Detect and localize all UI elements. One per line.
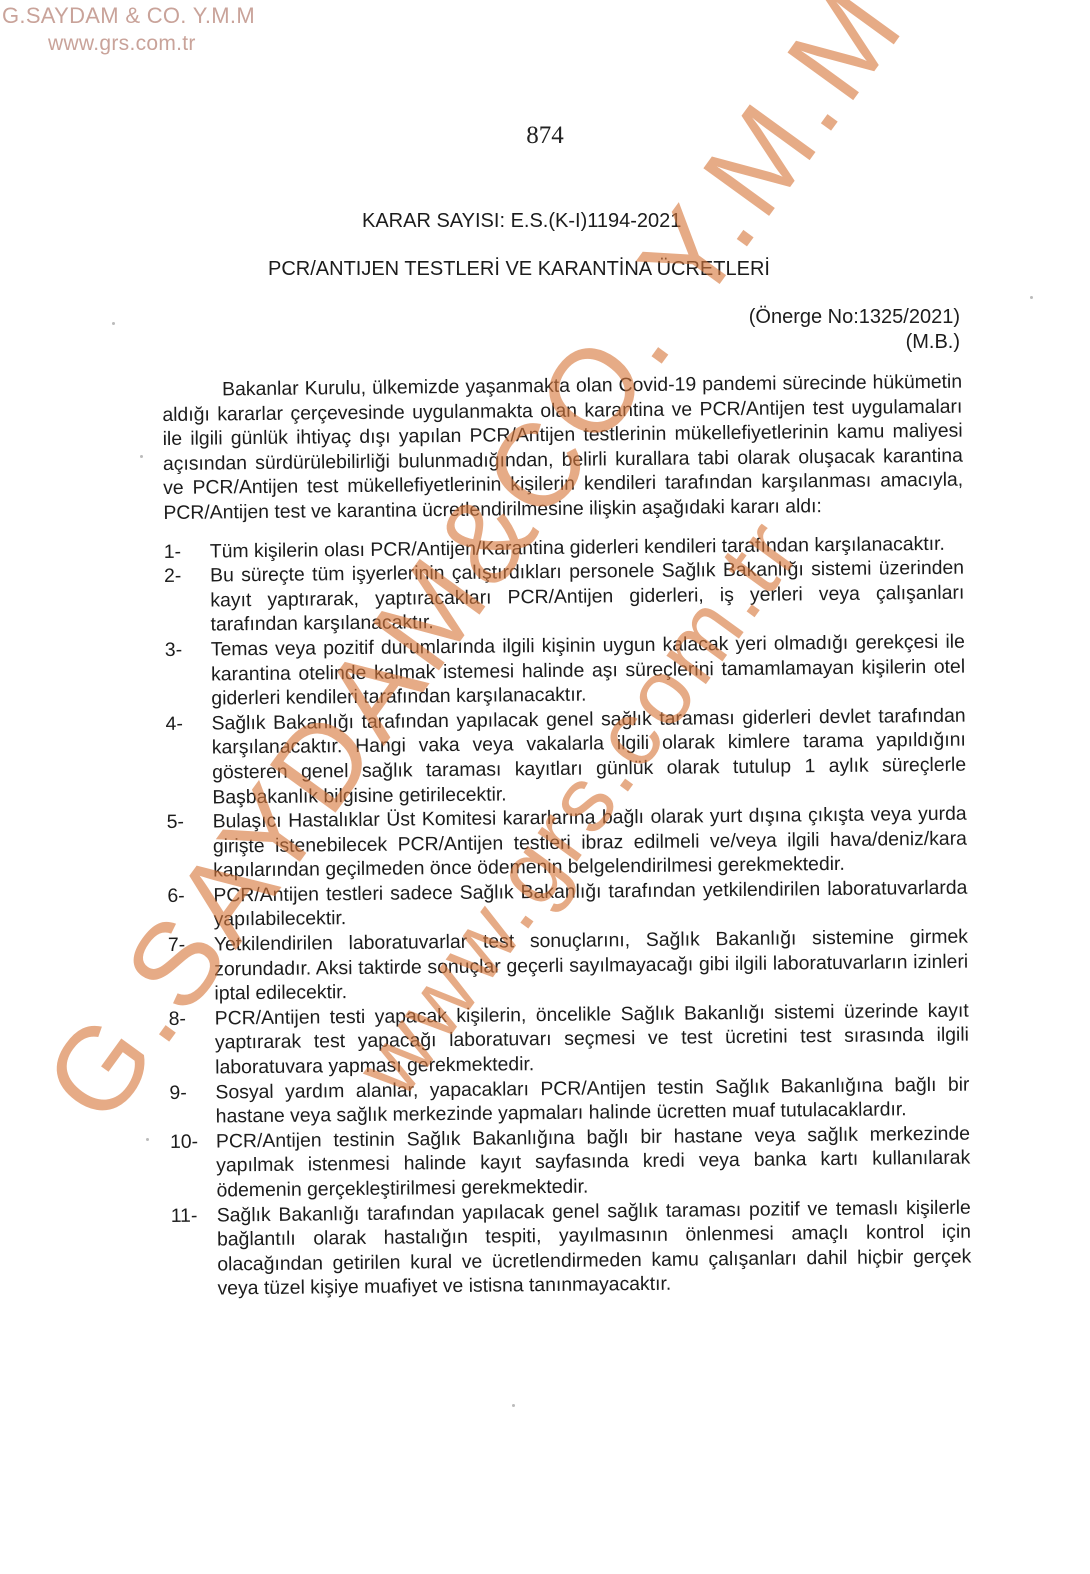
item-text: PCR/Antijen testleri sadece Sağlık Bakan… — [213, 875, 967, 932]
motion-number: (Önerge No:1325/2021) — [749, 305, 960, 330]
item-text: Bu süreçte tüm işyerlerinin çalıştırdıkl… — [210, 556, 965, 638]
decision-item: 8-PCR/Antijen testi yapacak kişilerin, ö… — [169, 998, 970, 1080]
item-number: 5- — [167, 810, 214, 884]
brand-website: www.grs.com.tr — [2, 30, 255, 58]
item-number: 8- — [169, 1006, 216, 1080]
item-number: 6- — [167, 883, 214, 933]
scan-speck — [140, 455, 143, 458]
decision-items: 1-Tüm kişilerin olası PCR/Antijen/Karant… — [164, 531, 972, 1302]
decision-item: 7-Yetkilendirilen laboratuvarlar test so… — [168, 925, 969, 1007]
item-number: 7- — [168, 933, 215, 1007]
item-text: Sağlık Bakanlığı tarafından yapılacak ge… — [217, 1195, 972, 1301]
item-number: 9- — [169, 1080, 216, 1130]
decision-item: 2-Bu süreçte tüm işyerlerinin çalıştırdı… — [164, 556, 965, 638]
item-number: 1- — [164, 539, 210, 564]
decision-item: 6-PCR/Antijen testleri sadece Sağlık Bak… — [167, 875, 967, 933]
brand-name: G.SAYDAM & CO. Y.M.M — [2, 3, 255, 28]
intro-paragraph: Bakanlar Kurulu, ülkemizde yaşanmakta ol… — [162, 370, 964, 526]
item-text: PCR/Antijen testi yapacak kişilerin, önc… — [215, 998, 970, 1080]
item-text: Bulaşıcı Hastalıklar Üst Komitesi kararl… — [213, 802, 968, 884]
item-text: Sosyal yardım alanlar, yapacakları PCR/A… — [215, 1072, 969, 1129]
document-body: Bakanlar Kurulu, ülkemizde yaşanmakta ol… — [162, 370, 972, 1302]
item-number: 10- — [170, 1129, 217, 1203]
decision-number: KARAR SAYISI: E.S.(K-I)1194-2021 — [362, 210, 681, 233]
item-number: 11- — [171, 1203, 218, 1302]
decision-item: 10-PCR/Antijen testinin Sağlık Bakanlığı… — [170, 1121, 971, 1203]
item-text: PCR/Antijen testinin Sağlık Bakanlığına … — [216, 1121, 971, 1203]
decision-item: 3-Temas veya pozitif durumlarında ilgili… — [165, 630, 966, 712]
item-number: 4- — [165, 711, 212, 810]
document-title: PCR/ANTIJEN TESTLERİ VE KARANTİNA ÜCRETL… — [268, 258, 770, 281]
item-number: 3- — [165, 637, 212, 711]
decision-item: 9-Sosyal yardım alanlar, yapacakları PCR… — [169, 1072, 969, 1130]
item-number: 2- — [164, 564, 211, 638]
motion-reference: (Önerge No:1325/2021) (M.B.) — [749, 305, 960, 355]
scan-speck — [512, 1404, 515, 1407]
scan-speck — [1030, 296, 1033, 299]
item-text: Yetkilendirilen laboratuvarlar test sonu… — [214, 925, 969, 1007]
decision-item: 5-Bulaşıcı Hastalıklar Üst Komitesi kara… — [167, 802, 968, 884]
header-watermark: G.SAYDAM & CO. Y.M.M www.grs.com.tr — [2, 2, 255, 58]
decision-item: 11-Sağlık Bakanlığı tarafından yapılacak… — [171, 1195, 972, 1302]
item-text: Sağlık Bakanlığı tarafından yapılacak ge… — [211, 703, 966, 809]
scan-speck — [146, 1138, 149, 1141]
decision-item: 4-Sağlık Bakanlığı tarafından yapılacak … — [165, 703, 966, 810]
motion-code: (M.B.) — [749, 330, 960, 355]
item-text: Temas veya pozitif durumlarında ilgili k… — [211, 630, 966, 712]
page-number: 874 — [0, 122, 1090, 150]
scan-speck — [112, 322, 115, 325]
